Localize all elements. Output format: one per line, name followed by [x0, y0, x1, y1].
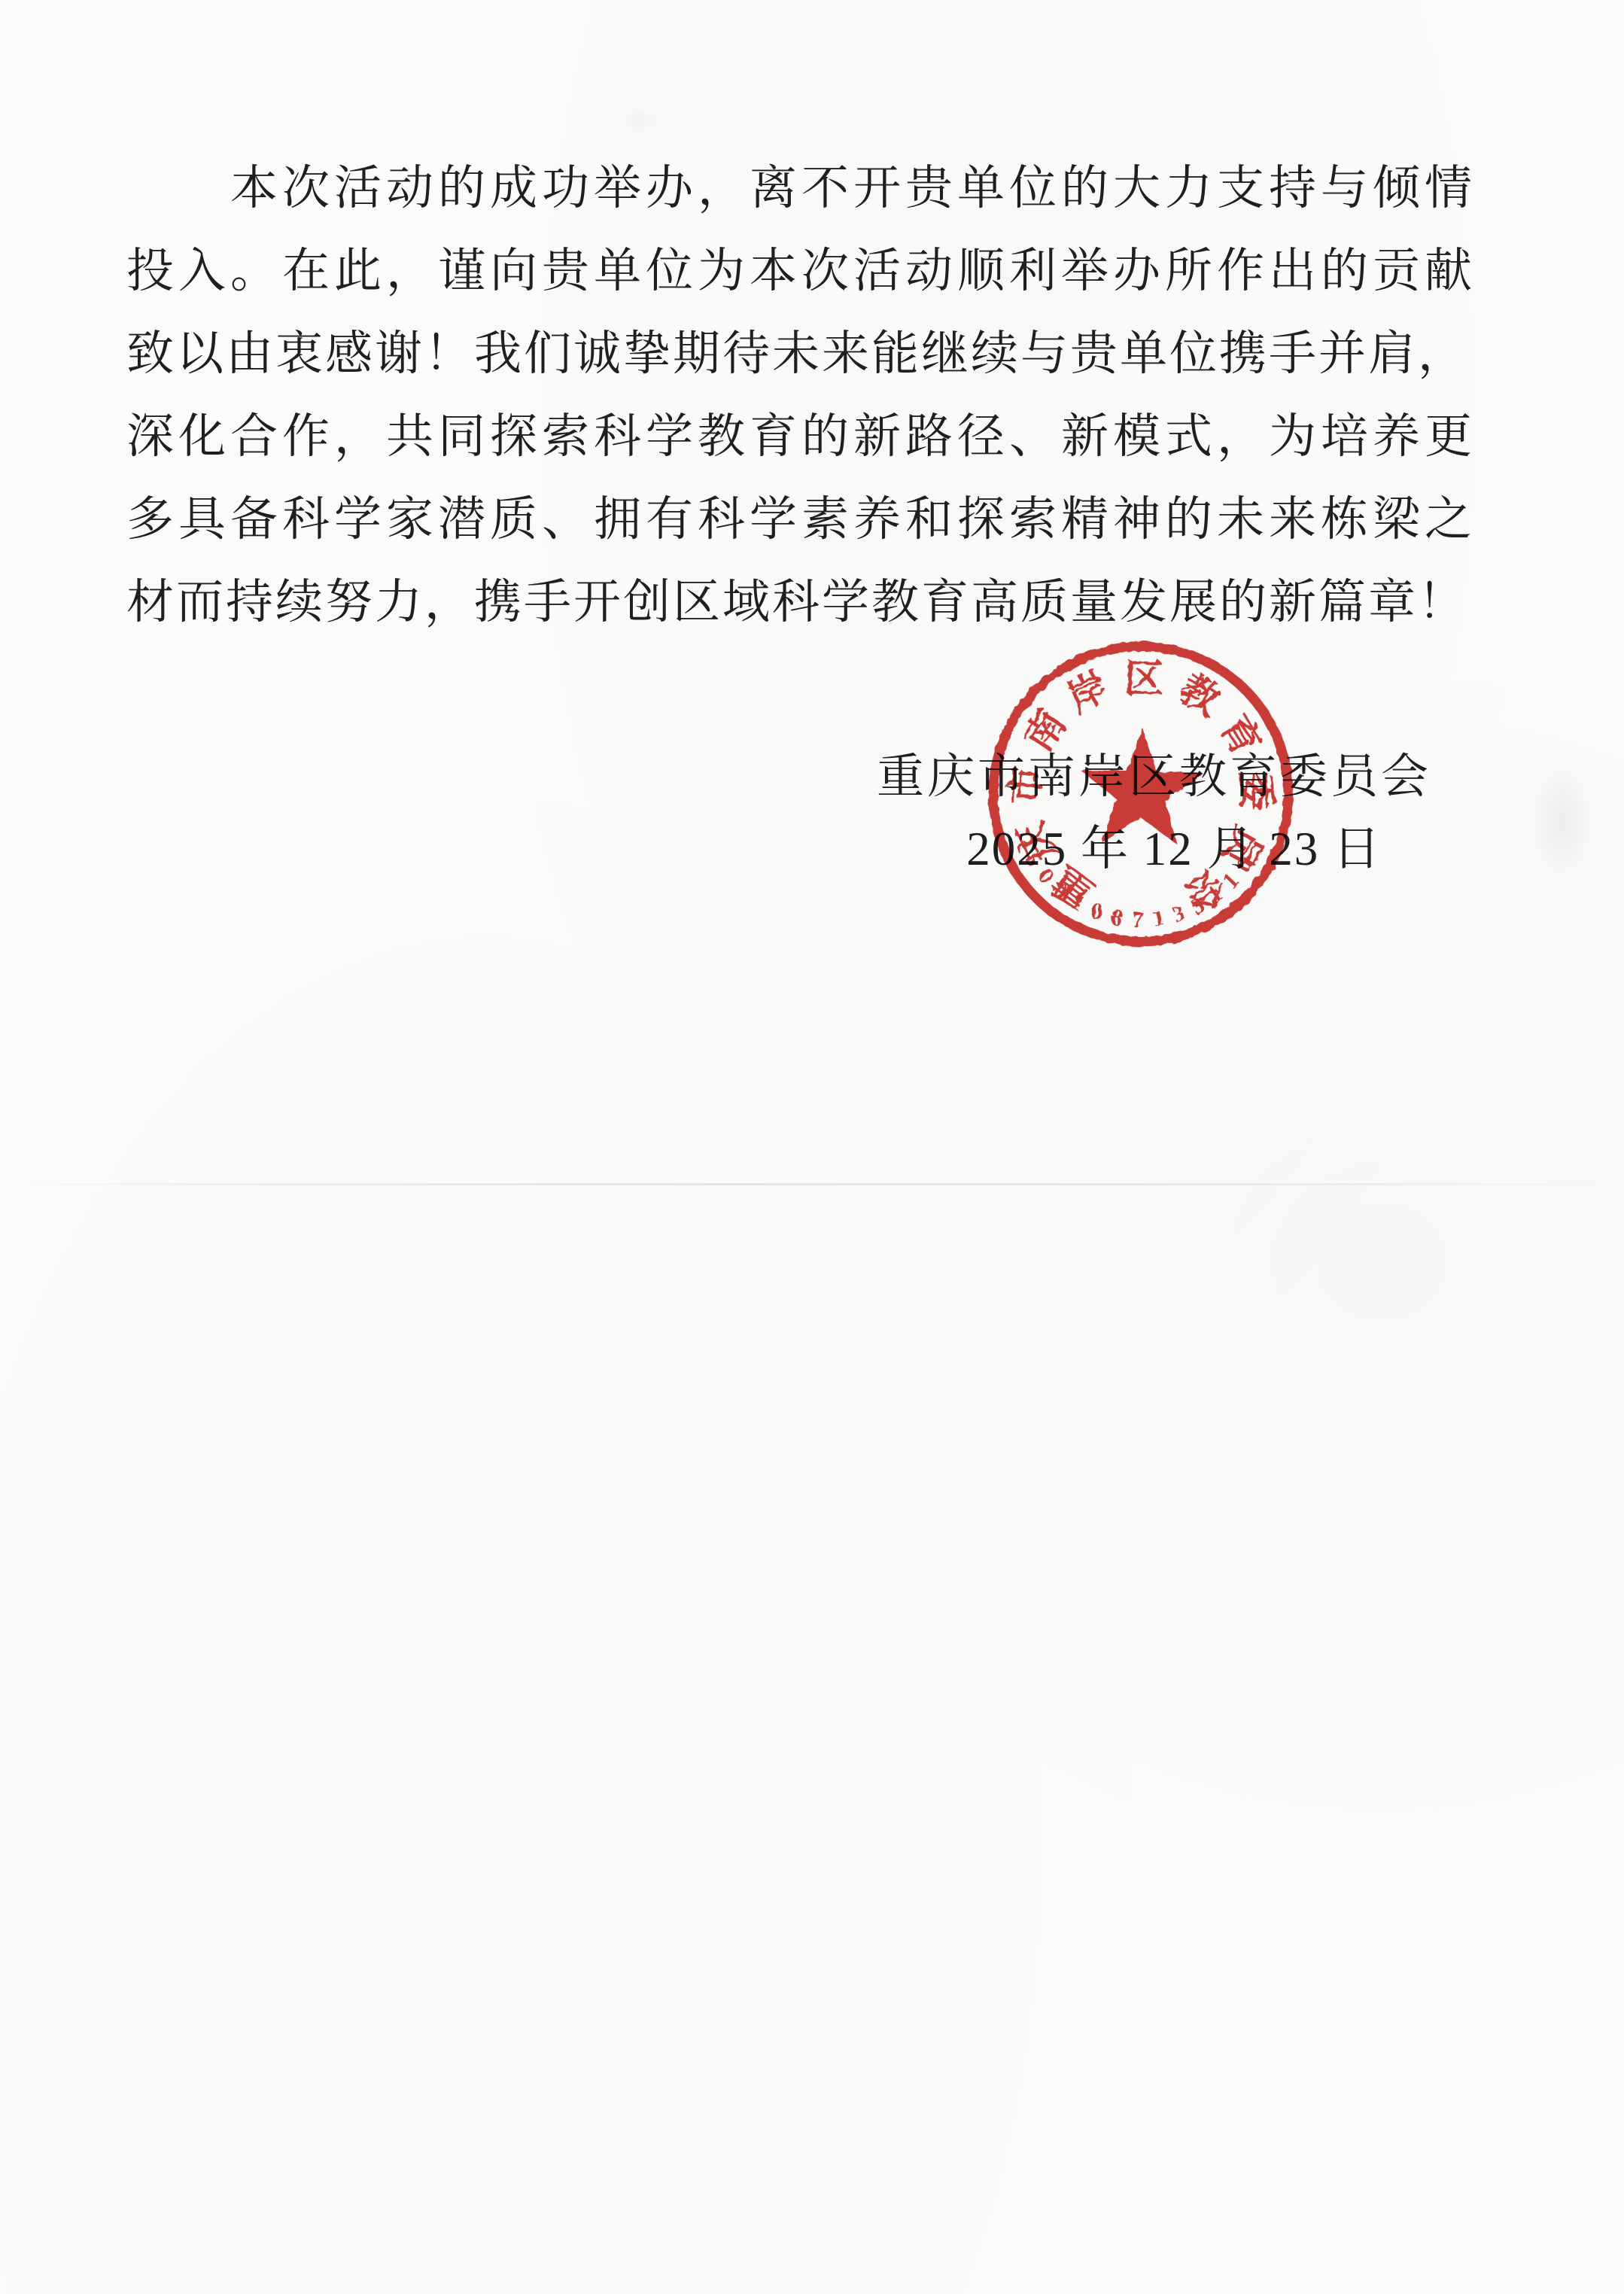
star-icon: [1079, 726, 1204, 845]
seal-code-digit: 7: [1132, 907, 1144, 932]
seal-code-digit: 8: [1109, 904, 1125, 930]
body-line: 深化合作，共同探索科学教育的新路径、新模式，为培养更: [126, 395, 1534, 478]
scanned-letter-page: 本次活动的成功举办，离不开贵单位的大力支持与倾情 投入。在此，谨向贵单位为本次活…: [0, 0, 1624, 2294]
official-seal: 重庆市南岸区教育委员会5001087133116: [979, 632, 1303, 957]
letter-body: 本次活动的成功举办，离不开贵单位的大力支持与倾情 投入。在此，谨向贵单位为本次活…: [126, 147, 1534, 643]
seal-ring-char: 育: [1211, 708, 1268, 764]
seal-ring-char: 市: [1003, 764, 1050, 806]
body-line: 本次活动的成功举办，离不开贵单位的大力支持与倾情: [126, 147, 1534, 230]
seal-code-digit: 1: [1151, 905, 1166, 932]
seal-ring-char: 区: [1124, 658, 1163, 701]
paper-smudge: [617, 105, 662, 135]
body-line: 材而持续努力，携手开创区域科学教育高质量发展的新篇章！: [126, 561, 1534, 643]
seal-ring-char: 教: [1171, 666, 1227, 724]
body-line: 多具备科学家潜质、拥有科学素养和探索精神的未来栋梁之: [126, 478, 1534, 561]
seal-ring-char: 委: [1233, 771, 1278, 811]
body-line: 致以由衷感谢！我们诚挚期待未来能继续与贵单位携手并肩，: [126, 312, 1534, 395]
paper-smudge: [1528, 760, 1595, 881]
seal-code-digit: 3: [1169, 900, 1188, 927]
seal-code-digit: 0: [1087, 898, 1107, 925]
body-line: 投入。在此，谨向贵单位为本次活动顺利举办所作出的贡献: [126, 230, 1534, 312]
seal-ring-char: 岸: [1060, 664, 1115, 720]
paper-crease: [0, 1183, 1624, 1185]
